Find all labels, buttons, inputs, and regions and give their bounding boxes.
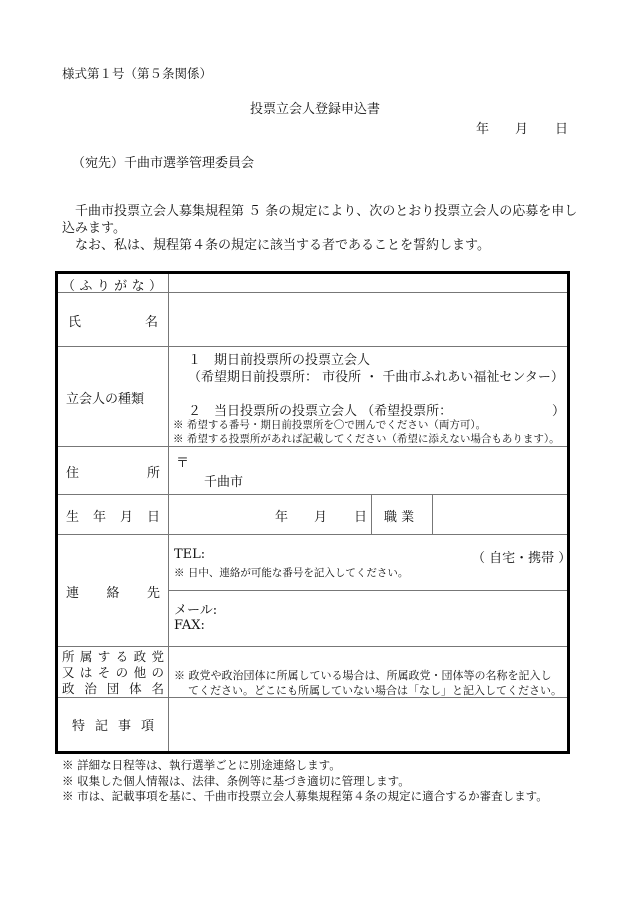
label-char: 名 (145, 311, 158, 330)
footer-note: ※ 市は、記載事項を基に、千曲市投票立会人募集規程第４条の規定に適合するか審査し… (62, 789, 548, 805)
label-char: 団 (107, 679, 120, 697)
job-field[interactable] (434, 495, 566, 533)
postal-mark: 〒 (176, 452, 189, 471)
row-divider (58, 446, 567, 447)
label-char: ） (149, 275, 162, 294)
label-char: ふ (79, 275, 92, 294)
remarks-field[interactable] (170, 698, 566, 750)
date-day-label: 日 (555, 118, 568, 137)
label-char: 先 (147, 582, 160, 601)
label-char: 日 (147, 506, 160, 525)
footer-notes: ※ 詳細な日程等は、執行選挙ごとに別途連絡します。 ※ 収集した個人情報は、法律… (62, 758, 548, 805)
label-char: 特 (72, 715, 85, 734)
type-note-circle: ※ 希望する番号・期日前投票所を〇で囲んでください（両方可）。 (173, 417, 486, 432)
row-divider (169, 590, 567, 591)
label-char: （ (62, 275, 75, 294)
birthday-day-label: 日 (354, 506, 367, 525)
type-note-preference: ※ 希望する投票所があれば記載してください（希望に添えない場合もあります）。 (173, 431, 560, 446)
tel-label: TEL: (174, 547, 205, 562)
label-char: 月 (120, 506, 133, 525)
birthday-label: 生 年 月 日 (66, 506, 160, 525)
label-char: 記 (95, 715, 108, 734)
birthday-year-label: 年 (275, 506, 288, 525)
label-char: り (97, 275, 110, 294)
footer-note: ※ 詳細な日程等は、執行選挙ごとに別途連絡します。 (62, 758, 548, 774)
furigana-label: （ ふ り が な ） (62, 275, 162, 294)
party-note-line2: てください。どこにも所属していない場合は「なし」と記入してください。 (188, 682, 562, 698)
label-char: 体 (129, 679, 142, 697)
mail-label: メール: (174, 599, 217, 618)
type-option-close-paren: ） (552, 400, 565, 419)
label-char: 項 (141, 715, 154, 734)
label-char: 住 (66, 462, 79, 481)
row-divider (58, 534, 567, 535)
label-char: 治 (84, 679, 97, 697)
footer-note: ※ 収集した個人情報は、法律、条例等に基づき適切に管理します。 (62, 774, 548, 790)
column-divider (432, 494, 433, 534)
name-label: 氏 名 (68, 311, 158, 330)
fax-label: FAX: (174, 618, 205, 633)
address-field[interactable] (238, 448, 566, 492)
date-year-label: 年 (476, 118, 489, 137)
tel-note: ※ 日中、連絡が可能な番号を記入してください。 (174, 565, 408, 580)
type-option-early-voting-location[interactable]: （希望期日前投票所： 市役所 ・ 千曲市ふれあい福祉センター） (188, 366, 564, 385)
application-form-table: （ ふ り が な ） 氏 名 立会人の種類 １ 期日前投票所の投票立会人 （希… (55, 271, 570, 754)
job-label: 職 業 (384, 506, 414, 525)
party-label-line3: 政 治 団 体 名 (62, 679, 164, 697)
label-char: 年 (93, 506, 106, 525)
address-label: 住 所 (66, 462, 160, 481)
label-char: な (132, 275, 145, 294)
label-char: 所 (147, 462, 160, 481)
birthday-month-label: 月 (314, 506, 327, 525)
form-number: 様式第１号（第５条関係） (62, 64, 212, 82)
remarks-label: 特 記 事 項 (72, 715, 154, 734)
label-char: 連 (66, 582, 79, 601)
party-note-line1: ※ 政党や政治団体に所属している場合は、所属政党・団体等の名称を記入し (174, 667, 552, 683)
label-char: 氏 (68, 311, 81, 330)
document-title: 投票立会人登録申込書 (0, 98, 630, 117)
row-divider (58, 346, 567, 347)
date-month-label: 月 (515, 118, 528, 137)
label-char: 生 (66, 506, 79, 525)
pledge-paragraph: なお、私は、規程第４条の規定に該当する者であることを誓約します。 (62, 237, 582, 254)
label-char: が (114, 275, 127, 294)
label-char: 絡 (106, 582, 119, 601)
furigana-field[interactable] (170, 274, 566, 291)
label-char: 事 (118, 715, 131, 734)
observer-type-label: 立会人の種類 (66, 388, 144, 407)
label-char: 名 (151, 679, 164, 697)
name-field[interactable] (170, 293, 566, 345)
intro-paragraph: 千曲市投票立会人募集規程第 ５ 条の規定により、次のとおり投票立会人の応募を申し… (62, 203, 582, 237)
column-divider (371, 494, 372, 534)
addressee: （宛先）千曲市選挙管理委員会 (72, 152, 254, 171)
tel-type-choice[interactable]: （ 自宅・携帯 ） (472, 547, 571, 566)
contact-label: 連 絡 先 (66, 582, 160, 601)
label-char: 政 (62, 679, 75, 697)
